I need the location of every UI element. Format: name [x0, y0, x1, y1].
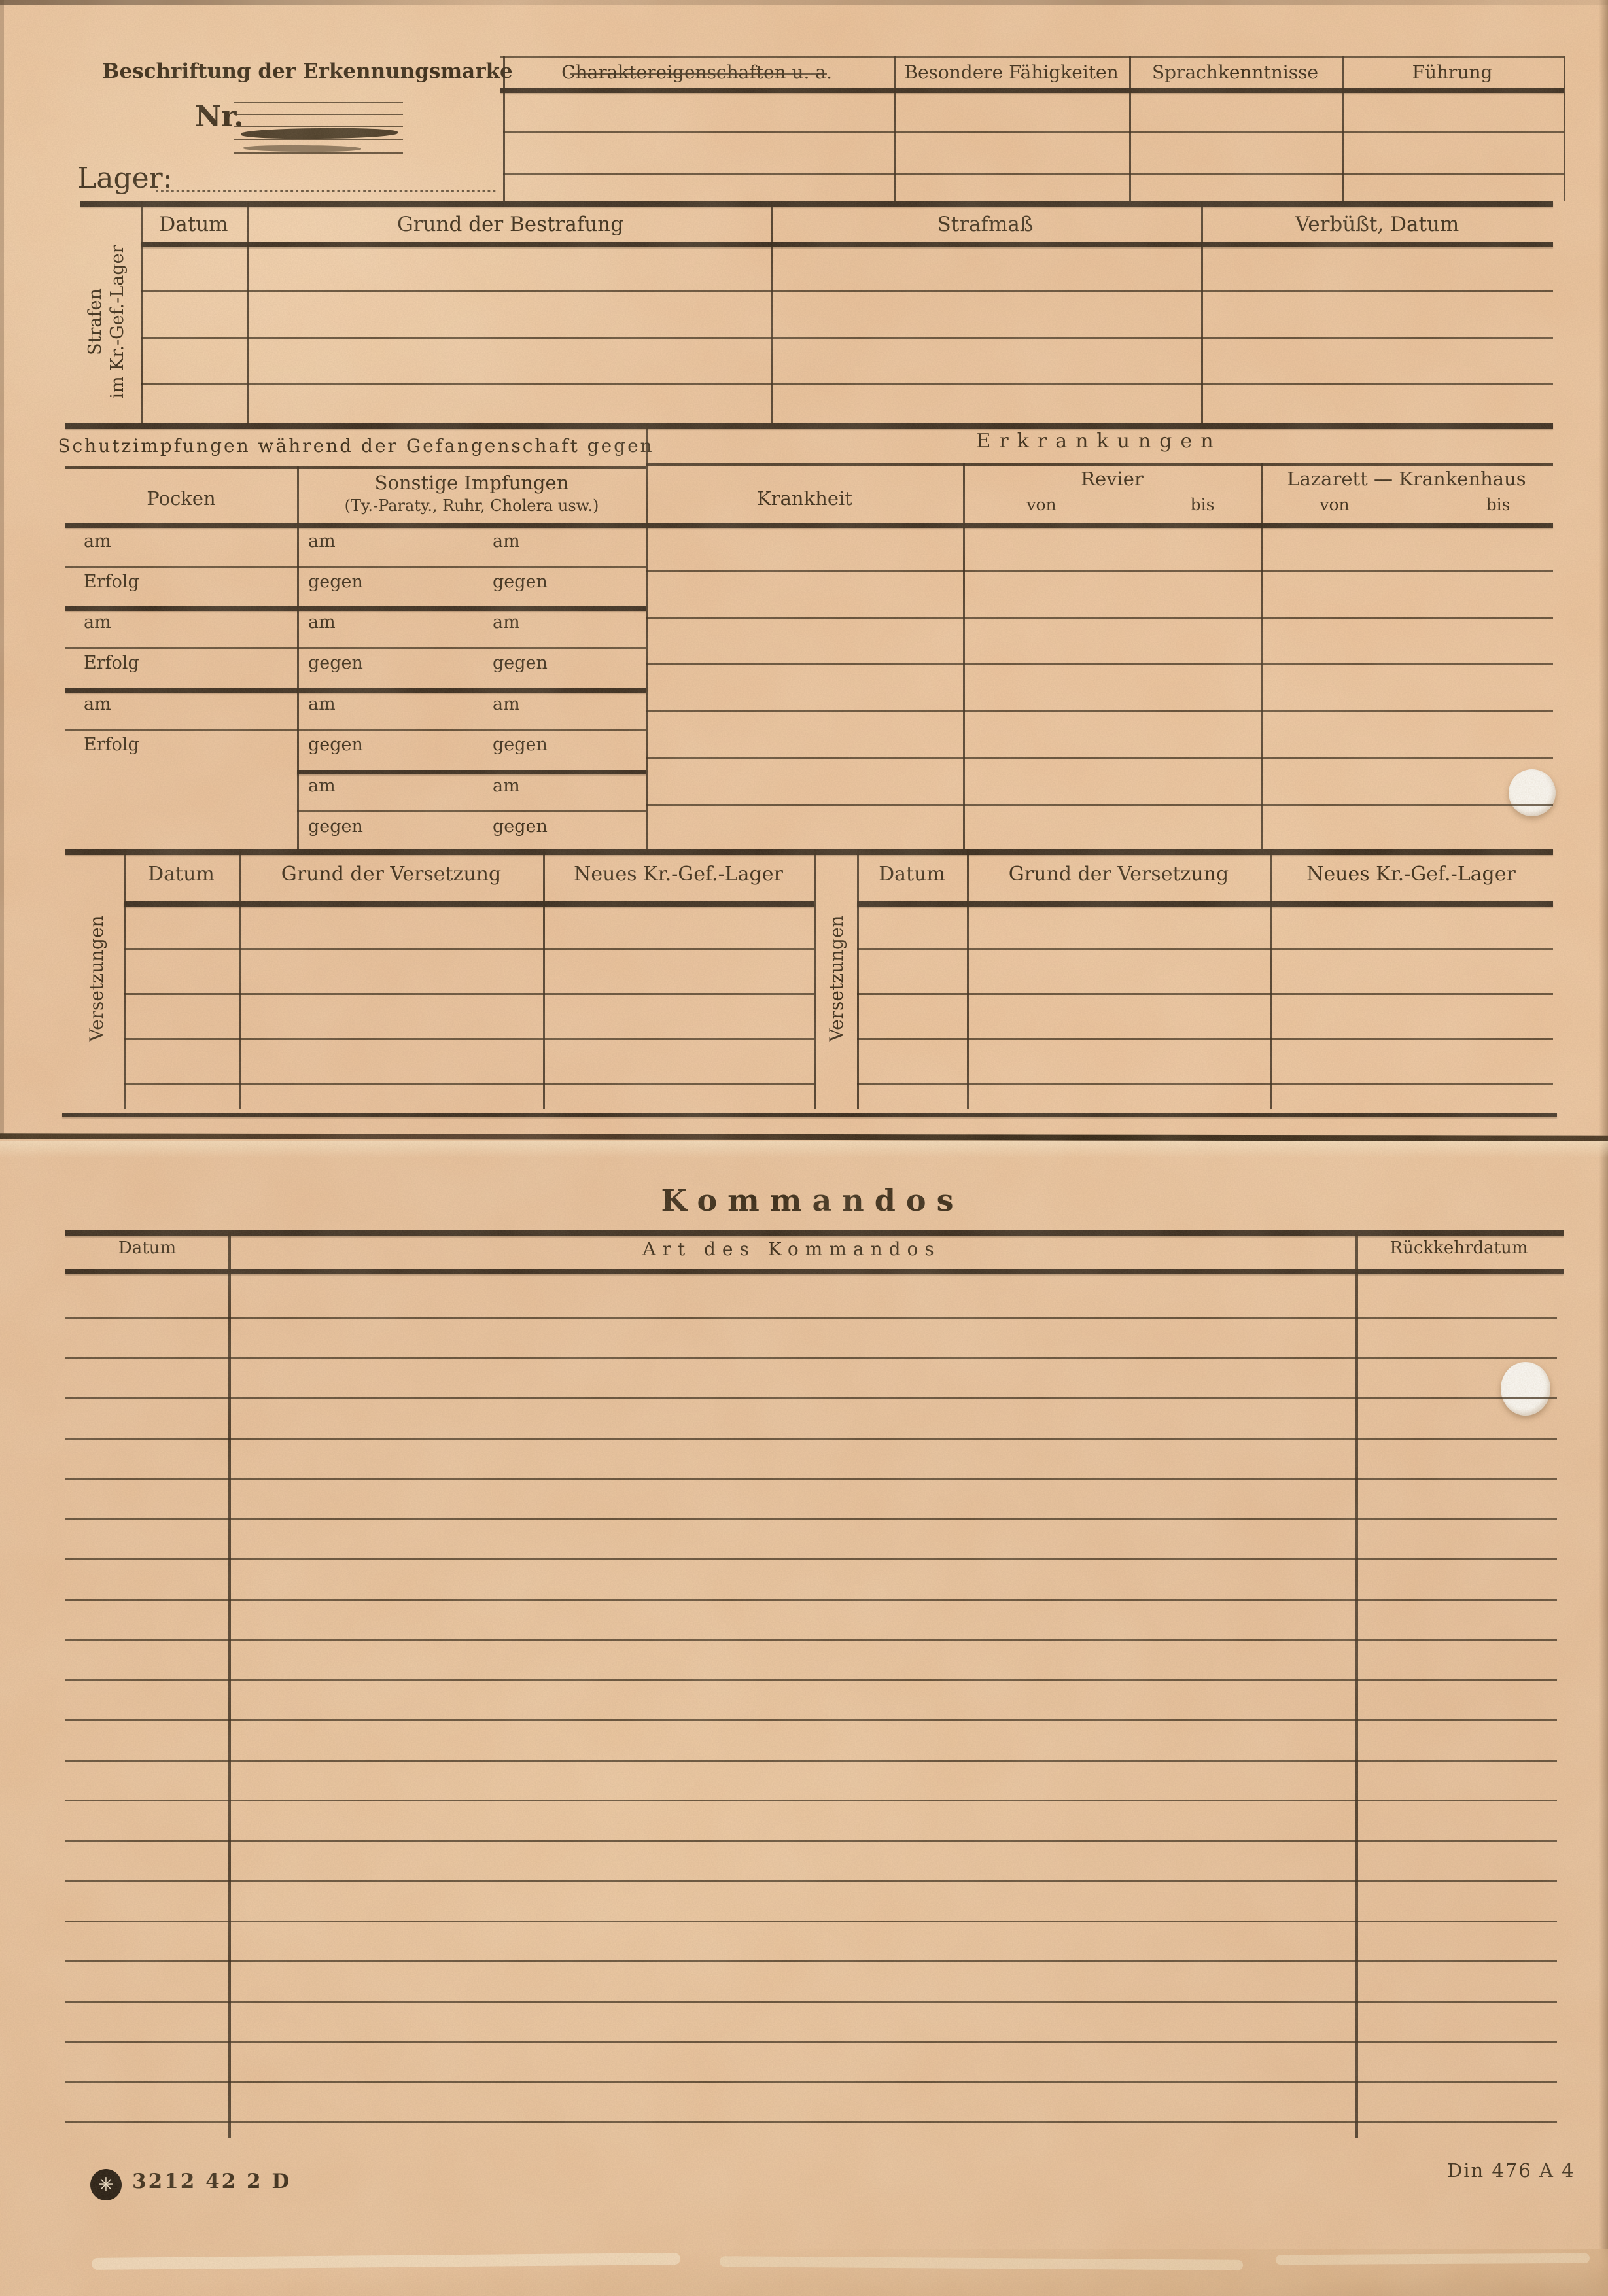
lager-fill-line: [156, 164, 496, 192]
grid-line-vertical: [124, 849, 126, 1109]
grid-line-horizontal: [65, 1679, 1557, 1681]
card-fold-edge: [0, 1133, 1608, 1141]
traits-col-sprachen: Sprachkenntnisse: [1152, 62, 1318, 82]
vaccination-cell-label: am: [308, 532, 336, 551]
grid-line-horizontal: [124, 993, 814, 995]
vaccinations-col-pocken: Pocken: [147, 488, 215, 509]
traits-col-fuehrung: Führung: [1412, 62, 1493, 82]
grid-line-vertical: [239, 849, 241, 1109]
punishments-col-grund: Grund der Bestrafung: [397, 213, 623, 236]
grid-line-horizontal: [124, 1083, 814, 1085]
grid-line-heavy: [124, 901, 814, 907]
illnesses-col-krankheit: Krankheit: [757, 488, 852, 509]
grid-line-heavy: [297, 770, 646, 774]
vaccinations-title: Schutzimpfungen während der Gefangenscha…: [58, 436, 654, 456]
vaccination-cell-label: am: [493, 532, 520, 551]
printer-mark-glyph: ✳: [97, 2174, 114, 2197]
illnesses-col-revier: Revier: [1081, 468, 1144, 489]
grid-line-vertical: [814, 849, 816, 1109]
paper-right-edge: [1599, 0, 1608, 2296]
grid-line-horizontal: [65, 2041, 1557, 2043]
kommandos-col-art: Art des Kommandos: [642, 1239, 941, 1259]
grid-line-heavy: [65, 423, 1553, 429]
grid-line-heavy: [65, 688, 646, 693]
grid-line-heavy: [65, 1269, 1564, 1274]
grid-line-horizontal: [65, 1599, 1557, 1601]
grid-line-horizontal: [65, 1719, 1557, 1721]
grid-line-horizontal: [65, 1840, 1557, 1842]
vaccination-cell-label: gegen: [308, 572, 363, 592]
grid-line-heavy: [80, 201, 1553, 207]
grid-line-horizontal: [65, 2081, 1557, 2083]
grid-line-horizontal: [857, 1083, 1553, 1085]
grid-line-heavy: [62, 1113, 1557, 1117]
grid-line-vertical: [543, 849, 545, 1109]
grid-line-horizontal: [65, 466, 646, 469]
grid-line-horizontal: [65, 1760, 1557, 1762]
grid-line-vertical: [963, 463, 965, 849]
vaccination-cell-label: Erfolg: [84, 735, 139, 755]
grid-line-vertical: [857, 849, 859, 1109]
transfers-left-side-label: Versetzungen: [86, 880, 111, 1077]
grid-line-horizontal: [646, 710, 1553, 712]
nr-crossed-out-entry: [241, 128, 398, 140]
grid-line-vertical: [1342, 56, 1344, 201]
grid-line-horizontal: [65, 1397, 1557, 1399]
grid-line-horizontal: [646, 663, 1553, 665]
paper-left-edge: [0, 0, 4, 1138]
grid-line-horizontal: [857, 1038, 1553, 1040]
grid-line-horizontal: [124, 1038, 814, 1040]
grid-line-horizontal: [65, 2121, 1557, 2123]
transfers-left-col-lager: Neues Kr.-Gef.-Lager: [574, 863, 783, 886]
transfers-right-side-label: Versetzungen: [826, 880, 850, 1077]
torn-bottom-highlight: [1276, 2253, 1590, 2265]
grid-line-vertical: [297, 466, 299, 849]
grid-line-horizontal: [646, 617, 1553, 619]
paper-top-edge: [0, 0, 1608, 5]
grid-line-horizontal: [65, 1880, 1557, 1882]
torn-bottom-highlight: [92, 2253, 680, 2270]
grid-line-horizontal: [297, 810, 646, 812]
vaccination-cell-label: gegen: [308, 735, 363, 755]
transfers-left-col-grund: Grund der Versetzung: [281, 863, 501, 886]
grid-line-horizontal: [646, 463, 1553, 466]
grid-line-horizontal: [65, 1558, 1557, 1560]
grid-line-heavy: [65, 849, 1553, 855]
grid-line-vertical: [1261, 463, 1263, 849]
grid-line-horizontal: [857, 948, 1553, 950]
grid-line-horizontal: [857, 993, 1553, 995]
grid-line-vertical: [1564, 56, 1565, 201]
grid-line-horizontal: [65, 729, 646, 731]
grid-line-vertical: [247, 201, 249, 424]
hole-punch: [1501, 1362, 1550, 1416]
grid-line-horizontal: [124, 948, 814, 950]
grid-line-horizontal: [503, 173, 1564, 175]
grid-line-vertical: [771, 201, 773, 424]
grid-line-vertical: [646, 423, 648, 849]
punishments-side-label: Strafen im Kr.-Gef.-Lager: [84, 227, 131, 417]
nr-crossed-out-entry: [243, 145, 361, 152]
illnesses-lazarett-bis: bis: [1486, 496, 1511, 514]
punishments-col-verbuesst: Verbüßt, Datum: [1295, 213, 1459, 236]
grid-line-horizontal: [234, 152, 403, 154]
grid-line-heavy: [65, 606, 646, 611]
grid-line-heavy: [500, 88, 1564, 93]
vaccination-cell-label: am: [84, 613, 111, 633]
vaccination-cell-label: Erfolg: [84, 572, 139, 592]
transfers-side-label-text: Versetzungen: [86, 915, 107, 1041]
torn-bottom-highlight: [720, 2256, 1243, 2270]
torn-bottom-edge: [0, 2249, 1608, 2296]
punishments-side-label-line1: Strafen: [85, 288, 105, 355]
grid-line-horizontal: [234, 102, 403, 103]
vaccination-cell-label: am: [493, 613, 520, 633]
transfers-side-label-text: Versetzungen: [826, 915, 847, 1041]
illnesses-revier-bis: bis: [1191, 496, 1215, 514]
scanned-pow-record-card: Beschriftung der Erkennungsmarke Nr. Lag…: [0, 0, 1608, 2296]
grid-line-horizontal: [234, 126, 403, 127]
punishments-col-datum: Datum: [159, 213, 228, 236]
grid-line-horizontal: [65, 647, 646, 649]
grid-line-vertical: [1201, 201, 1203, 424]
grid-line-heavy: [65, 523, 1553, 528]
grid-line-vertical: [967, 849, 969, 1109]
kommandos-col-rueckkehr: Rückkehrdatum: [1390, 1239, 1528, 1258]
grid-line-horizontal: [646, 570, 1553, 572]
grid-line-horizontal: [503, 131, 1564, 133]
transfers-right-col-grund: Grund der Versetzung: [1009, 863, 1229, 886]
punishments-col-strafmass: Strafmaß: [937, 213, 1033, 236]
vaccination-cell-label: gegen: [308, 653, 363, 673]
vaccinations-col-sonstige: Sonstige Impfungen: [375, 472, 569, 493]
kommandos-col-datum: Datum: [118, 1239, 176, 1258]
grid-line-vertical: [1270, 849, 1272, 1109]
vaccination-cell-label: am: [308, 695, 336, 714]
grid-line-horizontal: [570, 73, 827, 75]
grid-line-horizontal: [234, 114, 403, 115]
grid-line-vertical: [503, 56, 505, 201]
din-format-code: Din 476 A 4: [1447, 2160, 1575, 2181]
printer-mark-icon: ✳: [90, 2169, 122, 2200]
grid-line-heavy: [141, 242, 1553, 247]
vaccination-cell-label: gegen: [493, 653, 548, 673]
grid-line-horizontal: [65, 1960, 1557, 1962]
vaccination-cell-label: am: [308, 613, 336, 633]
vaccination-cell-label: am: [493, 695, 520, 714]
grid-line-horizontal: [65, 1478, 1557, 1480]
transfers-left-col-datum: Datum: [148, 863, 215, 886]
vaccination-cell-label: gegen: [308, 817, 363, 837]
illnesses-col-lazarett: Lazarett — Krankenhaus: [1287, 468, 1526, 489]
vaccinations-col-sonstige-detail: (Ty.-Paraty., Ruhr, Cholera usw.): [345, 497, 599, 515]
vaccination-cell-label: gegen: [493, 572, 548, 592]
grid-line-heavy: [857, 901, 1553, 907]
paper-grain-texture: [0, 0, 1608, 2296]
nr-label: Nr.: [195, 101, 244, 133]
grid-line-vertical: [228, 1232, 231, 2138]
idmark-title: Beschriftung der Erkennungsmarke: [102, 60, 513, 83]
grid-line-horizontal: [65, 1438, 1557, 1440]
hole-punch: [1509, 769, 1556, 816]
traits-col-faehigkeiten: Besondere Fähigkeiten: [904, 62, 1118, 82]
grid-line-vertical: [141, 201, 143, 424]
vaccination-cell-label: gegen: [493, 735, 548, 755]
card-fold-highlight: [0, 1141, 1608, 1158]
grid-line-heavy: [65, 1230, 1564, 1236]
grid-line-horizontal: [65, 566, 646, 568]
transfers-right-col-datum: Datum: [879, 863, 945, 886]
transfers-right-col-lager: Neues Kr.-Gef.-Lager: [1306, 863, 1516, 886]
punishments-side-label-line2: im Kr.-Gef.-Lager: [107, 245, 128, 398]
vaccination-cell-label: am: [84, 695, 111, 714]
grid-line-horizontal: [65, 1357, 1557, 1359]
grid-line-horizontal: [65, 1518, 1557, 1520]
grid-line-horizontal: [646, 757, 1553, 759]
kommandos-title: Kommandos: [661, 1184, 964, 1218]
grid-line-vertical: [894, 56, 896, 201]
grid-line-horizontal: [65, 1317, 1557, 1319]
vaccination-cell-label: am: [493, 776, 520, 796]
illnesses-revier-von: von: [1026, 496, 1056, 514]
grid-line-horizontal: [646, 804, 1553, 806]
grid-line-horizontal: [500, 56, 1564, 58]
grid-line-horizontal: [141, 383, 1553, 385]
grid-line-horizontal: [65, 1921, 1557, 1922]
illnesses-lazarett-von: von: [1320, 496, 1349, 514]
vaccination-cell-label: am: [308, 776, 336, 796]
grid-line-horizontal: [65, 2001, 1557, 2003]
vaccination-cell-label: am: [84, 532, 111, 551]
print-code: 3212 42 2 D: [132, 2170, 291, 2193]
vaccination-cell-label: gegen: [493, 817, 548, 837]
grid-line-horizontal: [234, 139, 403, 140]
grid-line-horizontal: [65, 1639, 1557, 1641]
grid-line-vertical: [1129, 56, 1131, 201]
illnesses-title: Erkrankungen: [976, 430, 1221, 453]
grid-line-horizontal: [141, 337, 1553, 339]
grid-line-horizontal: [141, 290, 1553, 292]
vaccination-cell-label: Erfolg: [84, 653, 139, 673]
grid-line-horizontal: [65, 1800, 1557, 1801]
grid-line-vertical: [1355, 1232, 1358, 2138]
